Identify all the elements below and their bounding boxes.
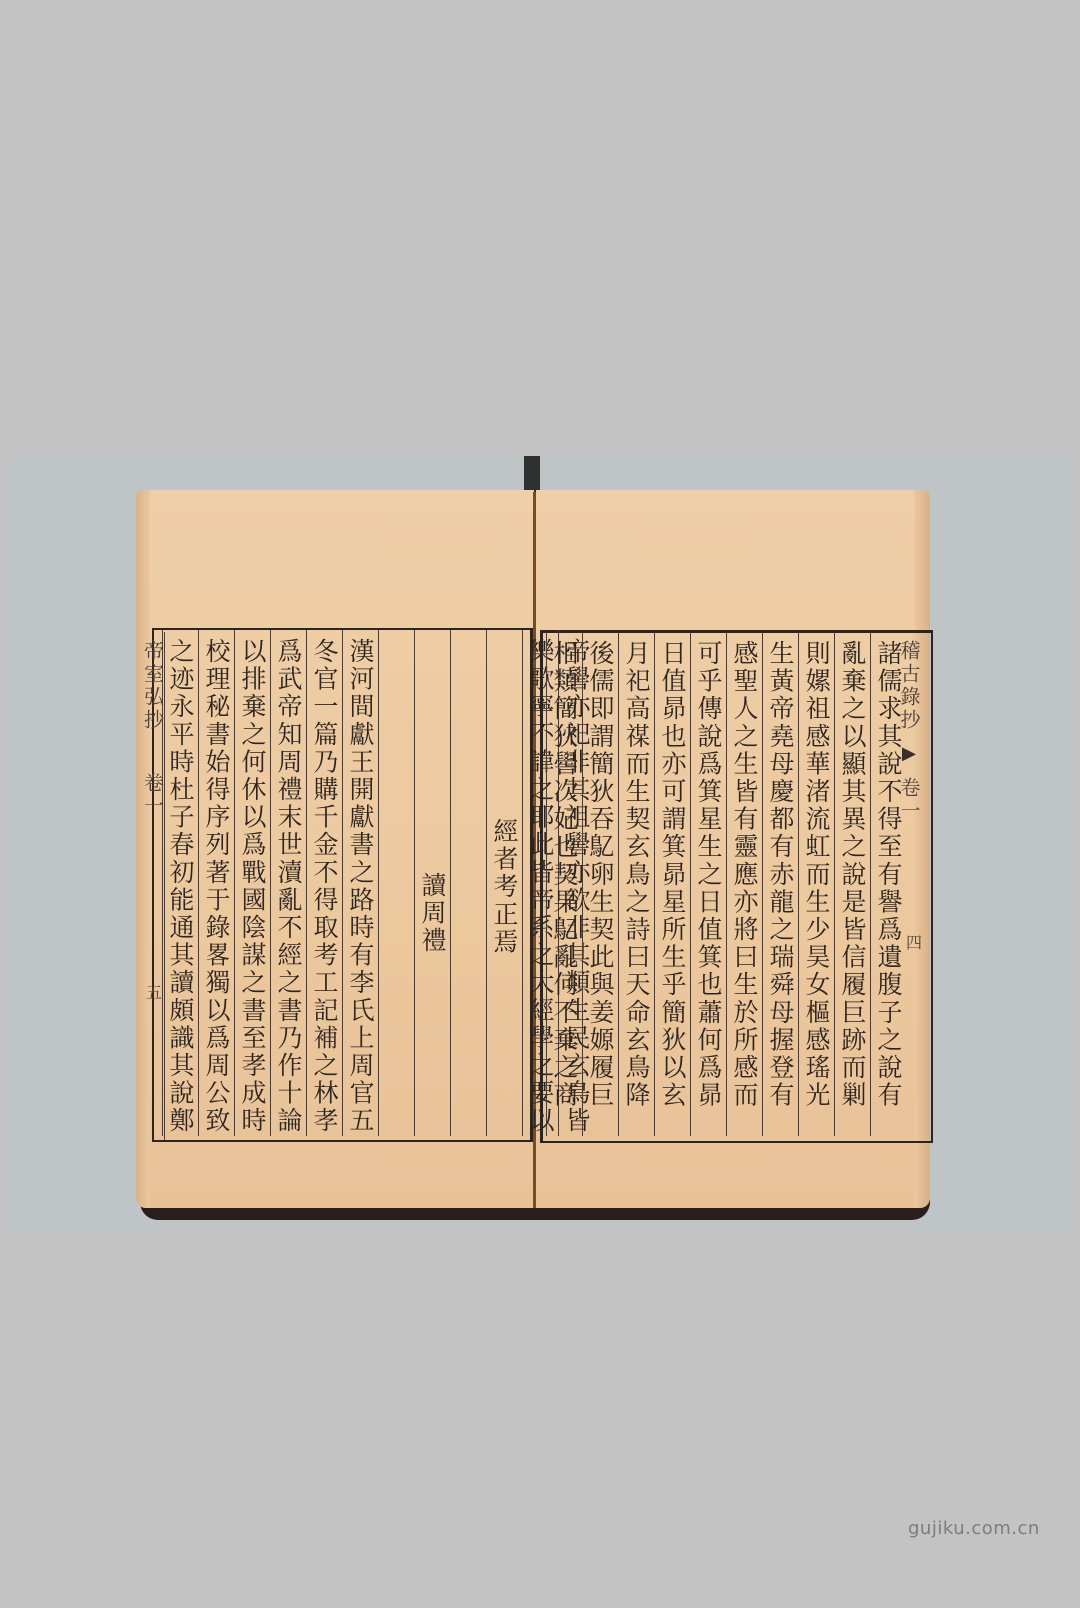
text-column: 以排棄之何休以爲戰國陰謀之書至孝成時劉歆 xyxy=(234,630,270,1136)
text-column: 冬官一篇乃購千金不得取考工記補之林孝存以 xyxy=(306,630,342,1136)
right-margin-volume: 卷一 xyxy=(897,777,921,823)
text-column: 經者考正焉 xyxy=(486,630,522,1136)
fishtail-mark-icon xyxy=(902,747,916,761)
left-page-number: 五 xyxy=(146,980,162,1003)
text-column: 則嫘祖感華渚流虹而生少昊女樞感瑤光貫月而 xyxy=(798,632,834,1136)
spine-tab xyxy=(524,456,540,492)
text-column: 感聖人之生皆有靈應亦將曰生於所感而無人道 xyxy=(726,632,762,1136)
section-heading: 讀周禮 xyxy=(414,630,450,1136)
right-margin-title-text: 稽古錄抄 xyxy=(897,640,921,732)
text-column: 校理秘書始得序列著于錄畧獨以爲周公致太平 xyxy=(198,630,234,1136)
text-column: 之迹永平時杜子春初能通其讀頗識其說鄭衆賈 xyxy=(162,630,198,1136)
right-margin-title: 稽古錄抄 卷一 xyxy=(894,632,924,1140)
text-column: 可乎傳說爲箕星生之日值箕也蕭何爲昴星生之 xyxy=(690,632,726,1136)
watermark: gujiku.com.cn xyxy=(908,1518,1040,1539)
text-column: 相類簡狄嚳次妃也契果鳦亂何不棄之商人郊祀 xyxy=(546,632,582,1136)
text-column: 亂棄之以顯其異之說是皆信履巨跡而剿之也然 xyxy=(834,632,870,1136)
right-page-number: 四 xyxy=(906,930,922,953)
text-column: 爲武帝知周禮末世瀆亂不經之書乃作十論七難 xyxy=(270,630,306,1136)
text-column: 生黃帝堯母慶都有赤龍之瑞舜母握登有大虹之 xyxy=(762,632,798,1136)
text-column: 後儒即謂簡狄吞鳦卵生契此與姜嫄履巨跡之事 xyxy=(582,632,618,1136)
text-column: 日值昴也亦可謂箕昴星所生乎簡狄以玄鳥至之 xyxy=(654,632,690,1136)
text-column: 漢河間獻王開獻書之路時有李氏上周官五篇失 xyxy=(342,630,378,1136)
left-page-text: 帝嚳亦祀非其祖嚳亦欲非其類生民玄鳥皆宗廟 樂歌寧不諱之耶此皆帝系之大經學之要以俟… xyxy=(162,630,594,1136)
right-page-text: 諸儒求其說不得至有譽爲遺腹子之說有人生天 亂棄之以顯其異之說是皆信履巨跡而剿之也… xyxy=(546,632,906,1136)
text-column-bleedthrough xyxy=(450,630,486,1136)
text-column-bleedthrough xyxy=(378,630,414,1136)
text-column: 月祀高禖而生契玄鳥之詩曰天命玄鳥降而生商 xyxy=(618,632,654,1136)
